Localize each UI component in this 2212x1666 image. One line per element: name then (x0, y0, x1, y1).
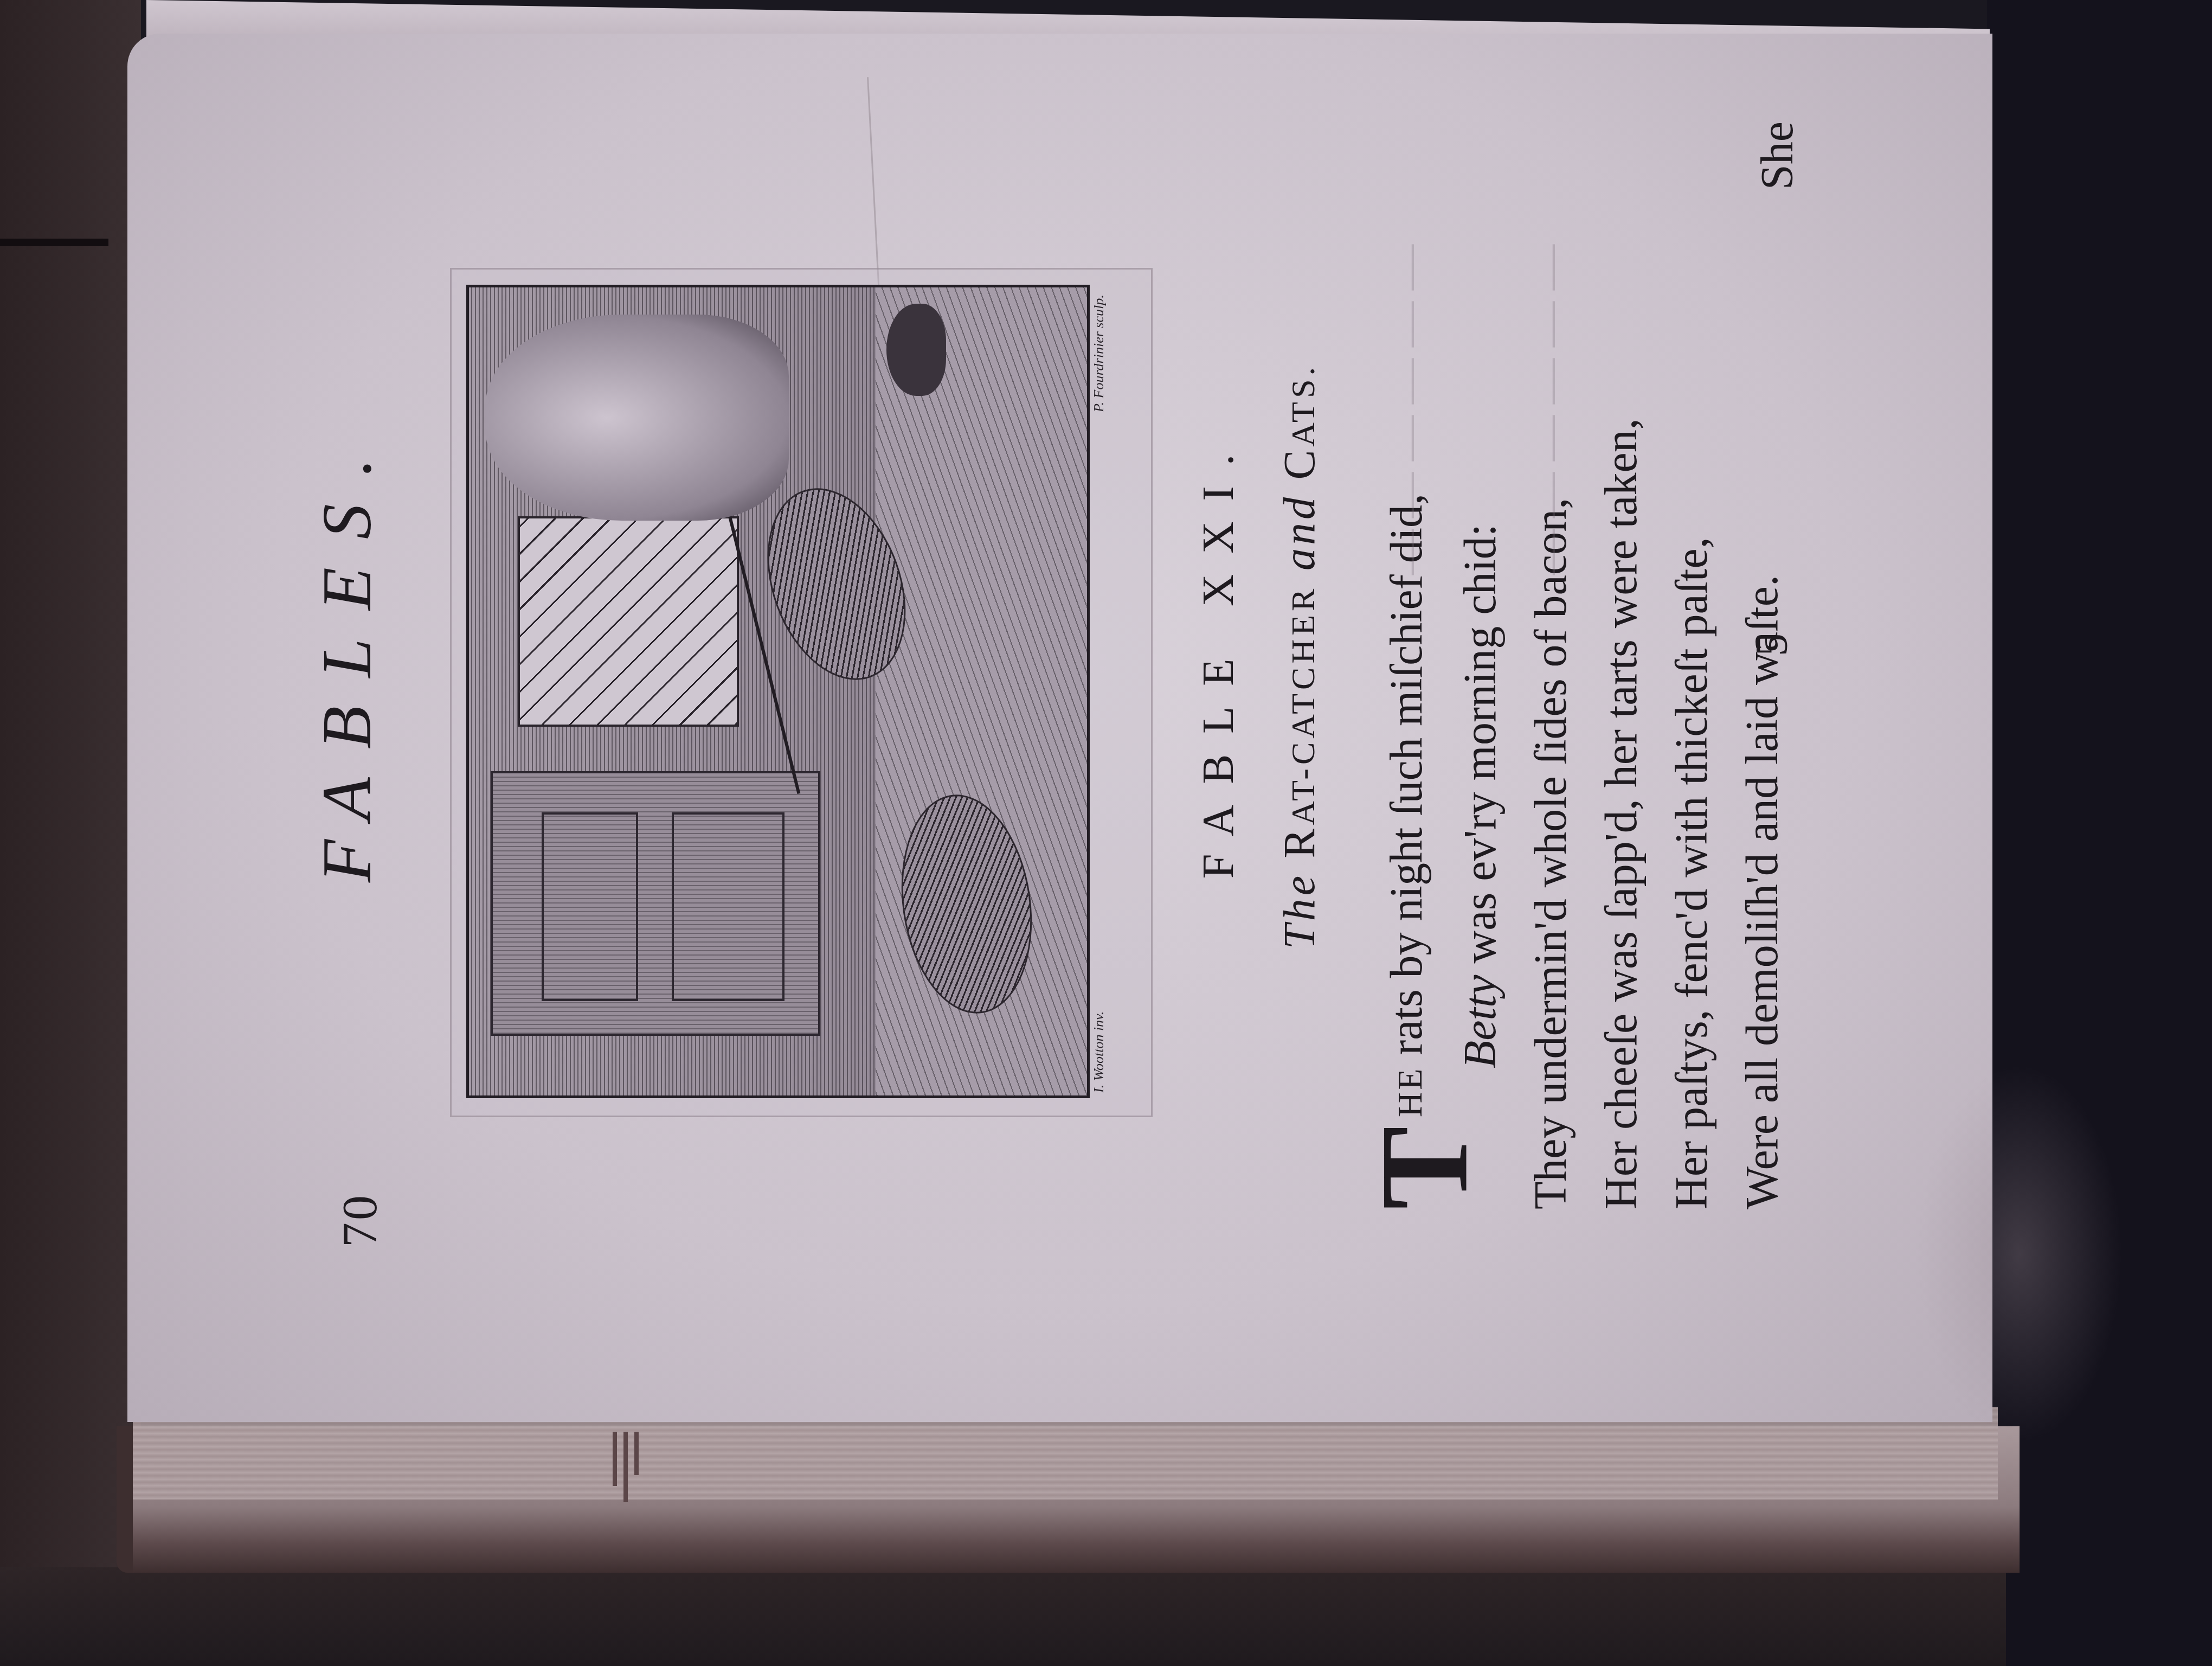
verse-line: Her paſtys, fenc'd with thickeſt paſte, (1657, 71, 1727, 1209)
engraving-door (491, 771, 820, 1036)
verse-text: rats by night ſuch miſchief did, (1381, 494, 1432, 1067)
signature-mark: 5 (1746, 633, 1798, 656)
page-number: 70 (331, 1193, 388, 1247)
page-content: 70 FABLES. I. Wootton inv. P. Fourdrinie… (217, 33, 1843, 1280)
title-initial: C (1275, 447, 1324, 480)
engraving-credit-engraver: P. Fourdrinier sculp. (1091, 294, 1107, 412)
verse-line: Her cheeſe was ſapp'd, her tarts were ta… (1586, 71, 1657, 1209)
verse-line: Betty was ev'ry morning chid: (1445, 71, 1516, 1209)
title-word: AT-CATCHER (1285, 585, 1322, 825)
engraving-hat (886, 304, 946, 396)
show-through-text: — — — — — — (1382, 245, 1435, 575)
door-panel (672, 812, 785, 1001)
door-panel (542, 812, 638, 1001)
engraving-credit-designer: I. Wootton inv. (1091, 1011, 1107, 1093)
drop-cap: T (1371, 1126, 1479, 1209)
running-head: FABLES. (306, 412, 388, 900)
page-stain (1917, 1064, 2123, 1444)
fable-title: The RAT-CATCHER and CATS. (1274, 33, 1325, 1280)
verse-line: HE rats by night ſuch miſchief did, (1372, 71, 1445, 1209)
title-initial: R (1275, 825, 1324, 858)
title-article: The (1275, 873, 1324, 949)
spine-mark (623, 1432, 628, 1502)
engraving-illustration (466, 285, 1090, 1098)
engraving-rat-catcher (485, 315, 789, 521)
engraving-lattice-window (518, 516, 739, 727)
title-word: ATS. (1285, 363, 1322, 447)
spine-mark (634, 1432, 639, 1475)
verse-italic: Betty (1455, 975, 1506, 1068)
spine-mark (613, 1432, 617, 1486)
show-through-text: — — — — — — (1523, 245, 1576, 575)
verse-smallcaps: HE (1391, 1067, 1429, 1117)
fable-number: FABLE XXI. (1193, 33, 1244, 1280)
verse-block: T HE rats by night ſuch miſchief did, Be… (1372, 71, 1798, 1209)
catchword: She (1751, 121, 1804, 190)
verse-text: was ev'ry morning chid: (1455, 524, 1506, 975)
background-left (0, 0, 141, 1666)
background-edge-line (0, 239, 108, 246)
title-conjunction: and (1275, 494, 1324, 571)
verse-line: They undermin'd whole ſides of bacon, (1516, 71, 1586, 1209)
background-bottom (0, 1567, 2006, 1666)
